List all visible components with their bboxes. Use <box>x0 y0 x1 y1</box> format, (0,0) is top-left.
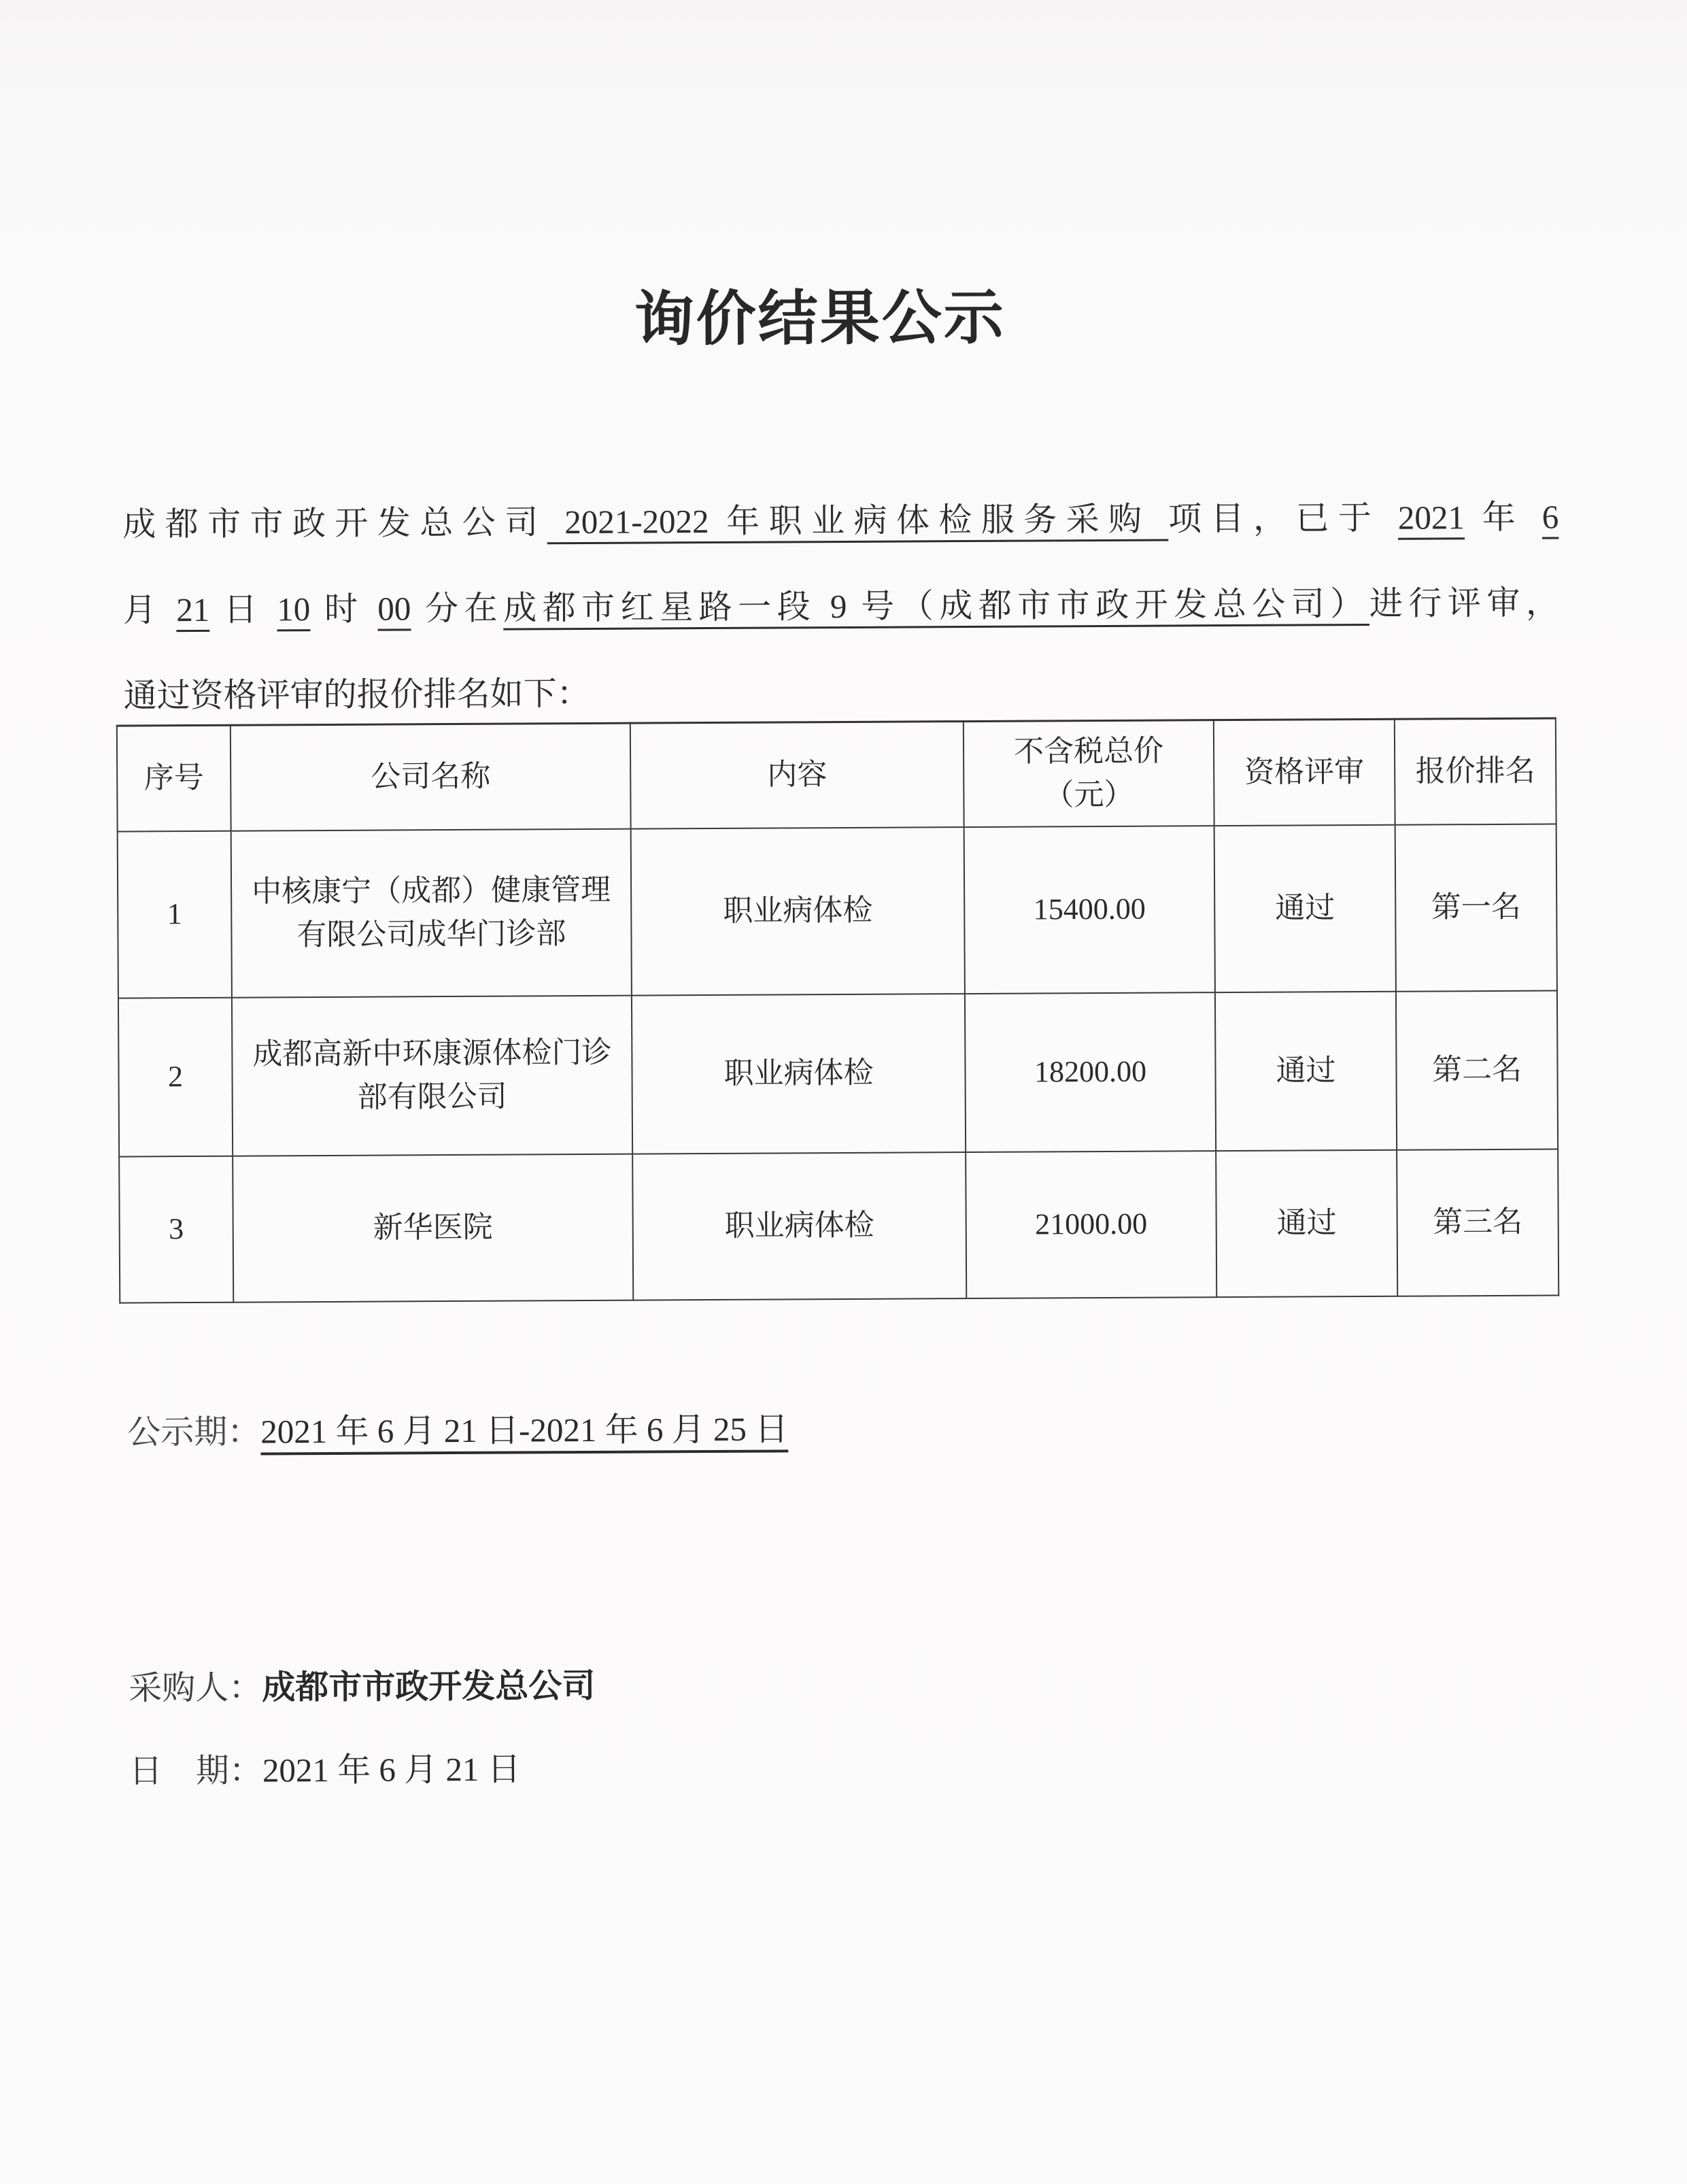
intro-underlined-text: 2021-2022 年职业病体检服务采购 <box>547 500 1168 541</box>
table-header-cell: 不含税总价 （元） <box>964 720 1214 827</box>
table-cell: 中核康宁（成都）健康管理有限公司成华门诊部 <box>231 828 632 997</box>
table-cell: 第二名 <box>1396 990 1558 1149</box>
table-header-cell: 序号 <box>117 725 231 831</box>
table-header-row: 序号公司名称内容不含税总价 （元）资格评审报价排名 <box>117 718 1556 831</box>
intro-text: 分在 <box>411 590 503 628</box>
table-row: 1中核康宁（成都）健康管理有限公司成华门诊部职业病体检15400.00通过第一名 <box>118 824 1557 998</box>
publicity-period-line: 公示期：2021 年 6 月 21 日-2021 年 6 月 25 日 <box>127 1402 788 1454</box>
table-cell: 2 <box>118 997 233 1156</box>
intro-paragraph: 成都市市政开发总公司 2021-2022 年职业病体检服务采购 项目，已于 20… <box>122 474 1560 739</box>
intro-line: 成都市市政开发总公司 2021-2022 年职业病体检服务采购 项目，已于 20… <box>122 474 1559 567</box>
table-cell: 职业病体检 <box>632 1152 966 1300</box>
intro-text: 项目，已于 <box>1168 499 1398 538</box>
intro-underlined-text: 21 <box>176 591 209 628</box>
table-cell: 通过 <box>1215 991 1397 1150</box>
intro-text: 通过资格评审的报价排名如下： <box>123 675 590 715</box>
table-cell: 3 <box>119 1156 233 1303</box>
intro-text: 月 <box>123 591 177 628</box>
purchaser-label: 采购人： <box>129 1668 262 1707</box>
intro-underlined-text: 成都市红星路一段 9 号（成都市市政开发总公司） <box>503 585 1369 627</box>
date-line: 日 期：2021 年 6 月 21 日 <box>129 1743 521 1793</box>
table-row: 2成都高新中环康源体检门诊部有限公司职业病体检18200.00通过第二名 <box>118 990 1558 1156</box>
table-row: 3新华医院职业病体检21000.00通过第三名 <box>119 1149 1558 1303</box>
publicity-label: 公示期： <box>127 1413 260 1451</box>
intro-text: 年 <box>1465 499 1542 537</box>
scanned-document-page: 询价结果公示 成都市市政开发总公司 2021-2022 年职业病体检服务采购 项… <box>0 0 1687 2184</box>
table-header-cell: 内容 <box>630 722 964 829</box>
intro-underlined-text: 2021 <box>1398 499 1465 537</box>
results-table: 序号公司名称内容不含税总价 （元）资格评审报价排名 1中核康宁（成都）健康管理有… <box>116 718 1559 1304</box>
table-cell: 第三名 <box>1397 1149 1558 1296</box>
intro-text: 日 <box>209 590 277 628</box>
table-cell: 通过 <box>1214 824 1396 992</box>
table-cell: 成都高新中环康源体检门诊部有限公司 <box>232 995 632 1156</box>
date-value: 2021 年 6 月 21 日 <box>262 1751 521 1790</box>
table-header-cell: 报价排名 <box>1395 718 1556 824</box>
intro-line: 月 21 日 10 时 00 分在成都市红星路一段 9 号（成都市市政开发总公司… <box>123 560 1560 653</box>
table-cell: 职业病体检 <box>632 994 966 1154</box>
publicity-value: 2021 年 6 月 21 日-2021 年 6 月 25 日 <box>260 1410 788 1450</box>
table-cell: 职业病体检 <box>631 827 965 996</box>
table-body: 1中核康宁（成都）健康管理有限公司成华门诊部职业病体检15400.00通过第一名… <box>118 824 1559 1303</box>
table-cell: 第一名 <box>1395 824 1557 991</box>
table-cell: 1 <box>118 830 232 998</box>
table-header-cell: 资格评审 <box>1214 719 1395 825</box>
page-title: 询价结果公示 <box>0 267 1643 361</box>
intro-text: 成都市市政开发总公司 <box>122 503 547 543</box>
table-cell: 18200.00 <box>965 992 1216 1152</box>
intro-text: 进行评审， <box>1369 584 1559 622</box>
table-cell: 通过 <box>1216 1149 1397 1296</box>
table-cell: 15400.00 <box>964 826 1215 994</box>
date-label: 日 期： <box>129 1751 262 1790</box>
intro-underlined-text: 00 <box>377 590 411 627</box>
purchaser-value: 成都市市政开发总公司 <box>262 1667 595 1707</box>
intro-underlined-text: 6 <box>1542 498 1559 535</box>
table-cell: 新华医院 <box>233 1154 633 1302</box>
table-header-cell: 公司名称 <box>231 723 631 830</box>
table-cell: 21000.00 <box>966 1151 1216 1298</box>
intro-underlined-text: 10 <box>277 590 310 628</box>
intro-text: 时 <box>310 590 377 628</box>
purchaser-line: 采购人：成都市市政开发总公司 <box>129 1660 595 1710</box>
